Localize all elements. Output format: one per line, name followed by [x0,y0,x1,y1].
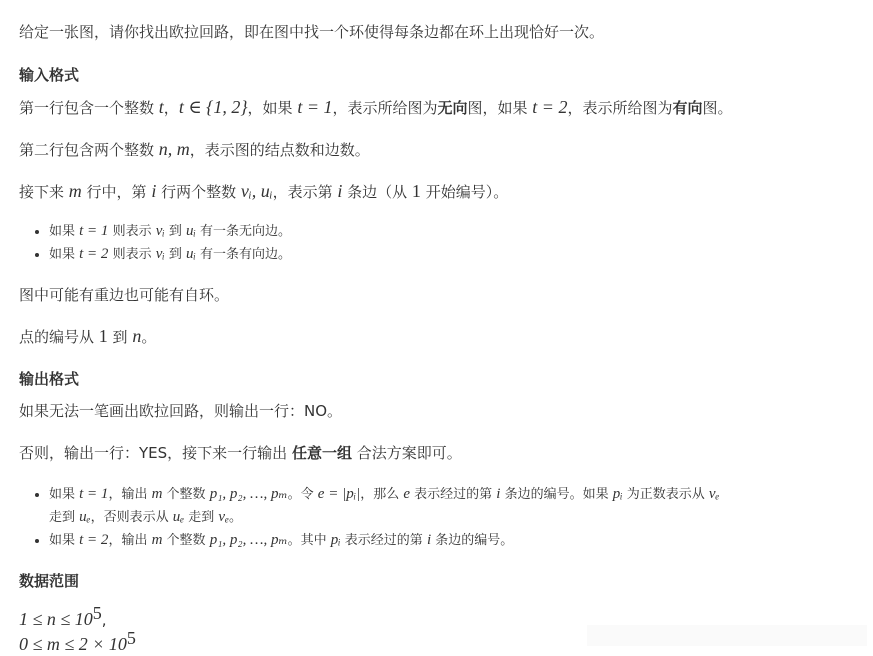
input-line-2: 第二行包含两个整数 n, m，表示图的结点数和边数。 [19,138,370,161]
input-line-3: 接下来 m 行中，第 i 行两个整数 vᵢ, uᵢ，表示第 i 条边（从 1 开… [19,180,508,203]
input-bullet-list: 如果 t = 1 则表示 vᵢ 到 uᵢ 有一条无向边。 如果 t = 2 则表… [31,220,291,266]
intro-text: 给定一张图，请你找出欧拉回路，即在图中找一个环使得每条边都在环上出现恰好一次。 [19,21,604,43]
faint-overlay-strip [587,625,867,646]
input-line-4: 图中可能有重边也可能有自环。 [19,284,229,306]
output-line-1: 如果无法一笔画出欧拉回路，则输出一行：NO。 [19,400,342,422]
list-item: 如果 t = 1 则表示 vᵢ 到 uᵢ 有一条无向边。 [49,220,291,243]
list-item: 如果 t = 1，输出 m 个整数 p₁, p₂, …, pₘ。令 e = |p… [49,483,719,529]
output-format-heading: 输出格式 [19,368,79,390]
data-range-heading: 数据范围 [19,570,79,592]
input-line-1: 第一行包含一个整数 t，t ∈ {1, 2}，如果 t = 1，表示所给图为无向… [19,96,733,119]
input-line-5: 点的编号从 1 到 n。 [19,325,156,348]
output-line-2: 否则，输出一行：YES，接下来一行输出 任意一组 合法方案即可。 [19,442,462,464]
list-item: 如果 t = 2，输出 m 个整数 p₁, p₂, …, pₘ。其中 pᵢ 表示… [49,529,719,552]
output-bullet-list: 如果 t = 1，输出 m 个整数 p₁, p₂, …, pₘ。令 e = |p… [31,483,719,552]
list-item: 如果 t = 2 则表示 vᵢ 到 uᵢ 有一条有向边。 [49,243,291,266]
input-format-heading: 输入格式 [19,64,79,86]
range-line-2: 0 ≤ m ≤ 2 × 105 [19,627,136,656]
